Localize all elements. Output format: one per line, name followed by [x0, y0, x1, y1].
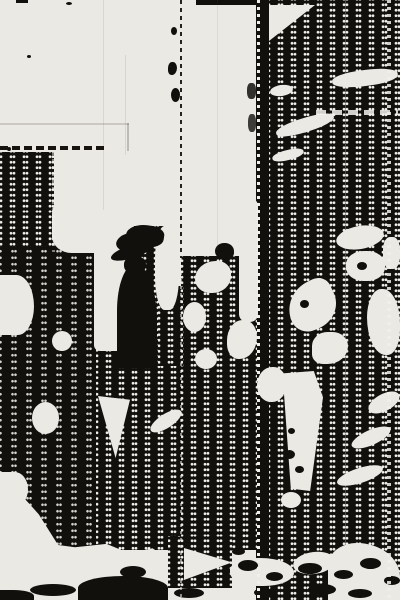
apron-spot-2	[295, 466, 304, 473]
speck-1	[66, 2, 72, 5]
film-scratch-dash-upper	[180, 0, 182, 258]
apron-top-highlight	[257, 367, 286, 402]
highlight-c3	[183, 302, 206, 332]
edge-highlight-right	[383, 237, 400, 269]
shoulder-spot	[300, 300, 309, 308]
speckle-band-2	[78, 576, 168, 600]
speckle-band-1	[30, 584, 76, 596]
halftone-photo-canvas	[0, 0, 400, 600]
left-edge-highlight	[0, 275, 34, 335]
apron-foot-highlight	[281, 492, 301, 508]
faint-scratch-2	[125, 55, 126, 155]
cobble-speck-2	[266, 572, 283, 581]
cobble-speck-8	[348, 589, 372, 598]
faint-scratch-light	[345, 0, 346, 545]
cobble-speck-5	[360, 558, 381, 569]
cobble-speck-4	[334, 570, 353, 579]
gray-hline	[0, 123, 129, 125]
faint-scratch-1	[103, 0, 104, 210]
apron-spot-3	[288, 428, 295, 434]
speck-3	[171, 27, 177, 35]
cobble-speck-1	[238, 560, 258, 571]
block-edge-ladder	[52, 152, 55, 252]
bar-smudge-2	[248, 114, 256, 132]
cobble-speck-7	[308, 584, 336, 595]
white-hdash-highlight	[316, 110, 398, 115]
mid-lower-mass	[96, 340, 182, 550]
speck-2	[27, 55, 31, 58]
dark-hdash-line	[0, 146, 107, 150]
sprocket-ladder	[257, 0, 260, 600]
top-left-dash	[16, 0, 28, 3]
cobble-speck-10	[232, 548, 245, 555]
bar-smudge-1	[247, 83, 256, 99]
left-small-highlight	[52, 331, 72, 351]
faint-scratch-3	[217, 0, 218, 250]
speck-4	[168, 62, 177, 75]
cobble-speck-3	[298, 563, 322, 574]
film-scratch-dash-lower	[180, 258, 182, 600]
speck-5	[171, 88, 180, 102]
left-highlight-2	[32, 402, 59, 434]
gray-vshort	[127, 123, 129, 151]
face-spot-right	[357, 262, 367, 270]
speckle-band-3	[0, 590, 34, 600]
speckle-band-4	[174, 588, 204, 598]
white-column	[239, 198, 258, 322]
apron-spot-1	[284, 450, 295, 459]
right-ladder	[387, 0, 391, 600]
speckle-band-5	[120, 566, 146, 578]
highlight-c4	[195, 349, 217, 369]
